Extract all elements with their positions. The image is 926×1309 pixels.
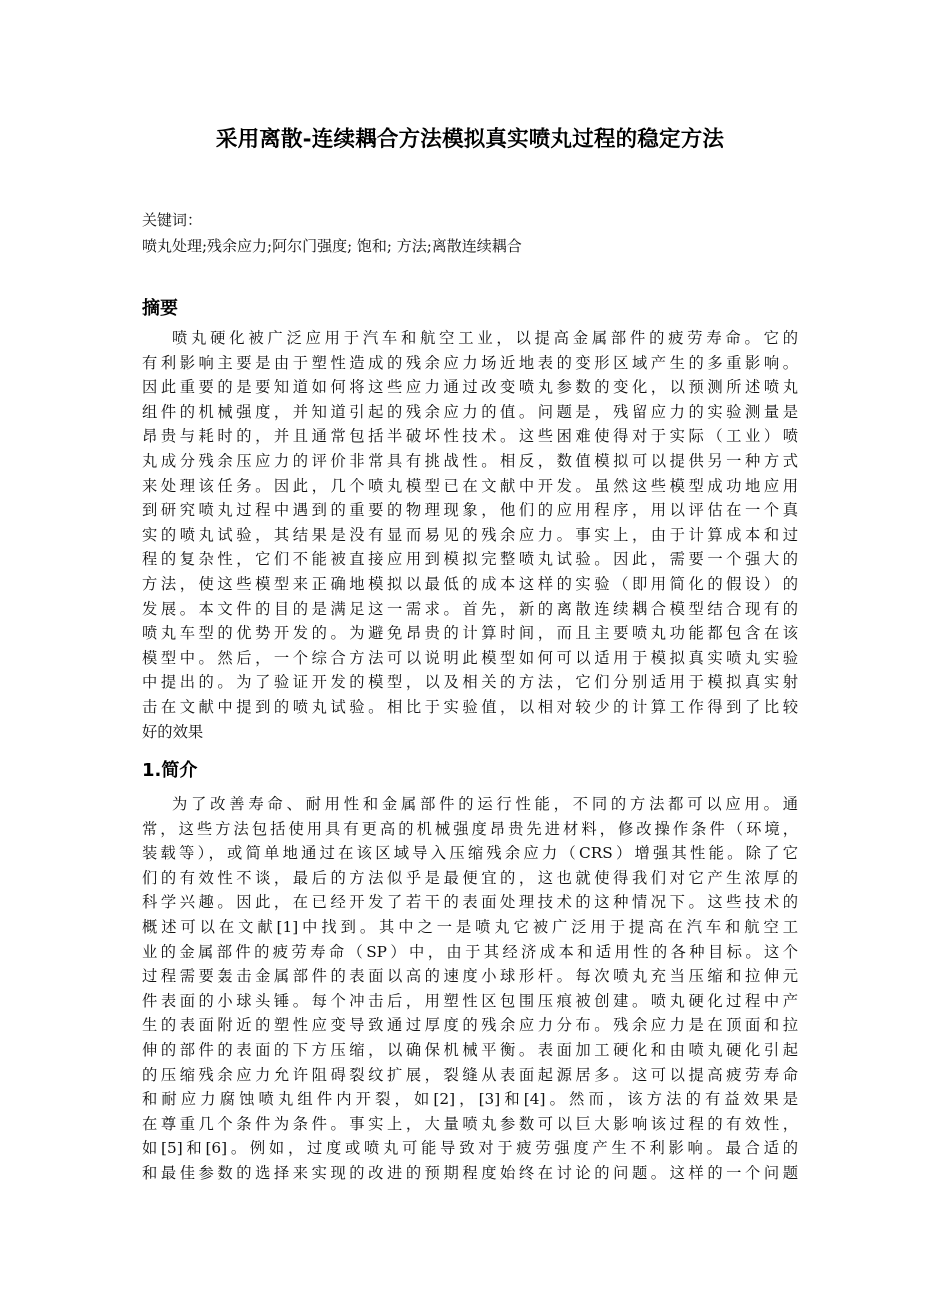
abstract-line: 击在文献中提到的喷丸试验。相比于实验值，以相对较少的计算工作得到了比较 [142,695,798,720]
intro-line: 生的表面附近的塑性应变导致通过厚度的残余应力分布。残余应力是在顶面和拉 [142,1013,798,1038]
intro-line: 件表面的小球头锤。每个冲击后，用塑性区包围压痕被创建。喷丸硬化过程中产 [142,989,798,1014]
abstract-heading: 摘要 [142,294,178,320]
paper-title: 采用离散-连续耦合方法模拟真实喷丸过程的稳定方法 [140,122,800,153]
intro-line: 伸的部件的表面的下方压缩，以确保机械平衡。表面加工硬化和由喷丸硬化引起 [142,1038,798,1063]
introduction-heading: 1.简介 [142,756,197,782]
introduction-paragraph: 为了改善寿命、耐用性和金属部件的运行性能，不同的方法都可以应用。通 常，这些方法… [142,792,798,1186]
intro-line: 概述可以在文献[1]中找到。其中之一是喷丸它被广泛用于提高在汽车和航空工 [142,915,798,940]
intro-line: 装载等），或简单地通过在该区域导入压缩残余应力（CRS）增强其性能。除了它 [142,841,798,866]
intro-line: 和最佳参数的选择来实现的改进的预期程度始终在讨论的问题。这样的一个问题 [142,1161,798,1186]
abstract-line: 喷丸硬化被广泛应用于汽车和航空工业，以提高金属部件的疲劳寿命。它的 [142,326,798,351]
abstract-paragraph: 喷丸硬化被广泛应用于汽车和航空工业，以提高金属部件的疲劳寿命。它的 有利影响主要… [142,326,798,744]
abstract-line: 好的效果 [142,720,798,745]
abstract-line: 昂贵与耗时的，并且通常包括半破坏性技术。这些困难使得对于实际（工业）喷 [142,424,798,449]
intro-line: 的压缩残余应力允许阻碍裂纹扩展，裂缝从表面起源居多。这可以提高疲劳寿命 [142,1063,798,1088]
keywords-label: 关键词： [142,208,202,232]
abstract-line: 喷丸车型的优势开发的。为避免昂贵的计算时间，而且主要喷丸功能都包含在该 [142,621,798,646]
abstract-line: 组件的机械强度，并知道引起的残余应力的值。问题是，残留应力的实验测量是 [142,400,798,425]
abstract-line: 发展。本文件的目的是满足这一需求。首先，新的离散连续耦合模型结合现有的 [142,597,798,622]
document-page: 采用离散-连续耦合方法模拟真实喷丸过程的稳定方法 关键词： 喷丸处理;残余应力;… [0,0,926,1309]
abstract-line: 到研究喷丸过程中遇到的重要的物理现象，他们的应用程序，用以评估在一个真 [142,498,798,523]
abstract-line: 中提出的。为了验证开发的模型，以及相关的方法，它们分别适用于模拟真实射 [142,670,798,695]
abstract-line: 模型中。然后，一个综合方法可以说明此模型如何可以适用于模拟真实喷丸实验 [142,646,798,671]
abstract-line: 来处理该任务。因此，几个喷丸模型已在文献中开发。虽然这些模型成功地应用 [142,474,798,499]
intro-line: 为了改善寿命、耐用性和金属部件的运行性能，不同的方法都可以应用。通 [142,792,798,817]
abstract-line: 程的复杂性，它们不能被直接应用到模拟完整喷丸试验。因此，需要一个强大的 [142,547,798,572]
intro-line: 们的有效性不谈，最后的方法似乎是最便宜的，这也就使得我们对它产生浓厚的 [142,866,798,891]
intro-line: 在尊重几个条件为条件。事实上，大量喷丸参数可以巨大影响该过程的有效性， [142,1112,798,1137]
abstract-line: 方法，使这些模型来正确地模拟以最低的成本这样的实验（即用简化的假设）的 [142,572,798,597]
abstract-line: 因此重要的是要知道如何将这些应力通过改变喷丸参数的变化，以预测所述喷丸 [142,375,798,400]
intro-line: 常，这些方法包括使用具有更高的机械强度昂贵先进材料，修改操作条件（环境， [142,817,798,842]
abstract-line: 有利影响主要是由于塑性造成的残余应力场近地表的变形区域产生的多重影响。 [142,351,798,376]
keywords-list: 喷丸处理;残余应力;阿尔门强度; 饱和; 方法;离散连续耦合 [142,234,522,258]
abstract-line: 实的喷丸试验，其结果是没有显而易见的残余应力。事实上，由于计算成本和过 [142,523,798,548]
intro-line: 业的金属部件的疲劳寿命（SP）中，由于其经济成本和适用性的各种目标。这个 [142,940,798,965]
intro-line: 过程需要轰击金属部件的表面以高的速度小球形杆。每次喷丸充当压缩和拉伸元 [142,964,798,989]
intro-line: 如[5]和[6]。例如，过度或喷丸可能导致对于疲劳强度产生不利影响。最合适的 [142,1136,798,1161]
abstract-line: 丸成分残余压应力的评价非常具有挑战性。相反，数值模拟可以提供另一种方式 [142,449,798,474]
intro-line: 和耐应力腐蚀喷丸组件内开裂，如[2]，[3]和[4]。然而，该方法的有益效果是 [142,1087,798,1112]
intro-line: 科学兴趣。因此，在已经开发了若干的表面处理技术的这种情况下。这些技术的 [142,890,798,915]
